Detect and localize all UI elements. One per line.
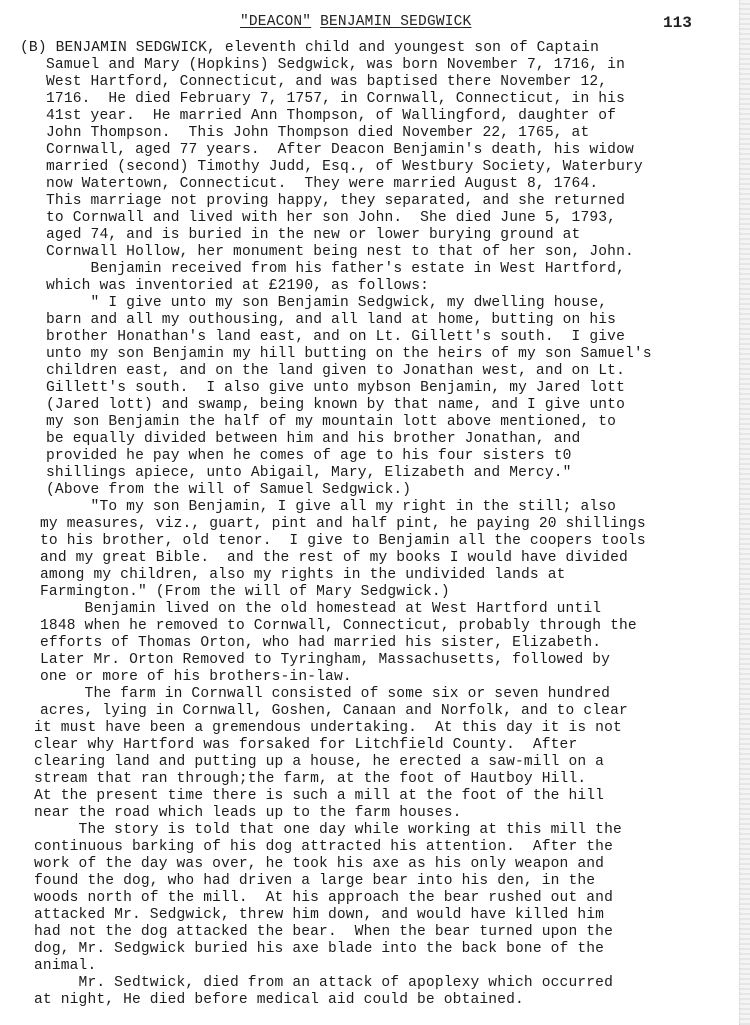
text-line: Mr. Sedtwick, died from an attack of apo… <box>34 975 613 992</box>
text-line: attacked Mr. Sedgwick, threw him down, a… <box>34 907 604 924</box>
text-line: brother Honathan's land east, and on Lt.… <box>46 329 625 346</box>
text-line: (Above from the will of Samuel Sedgwick.… <box>46 482 411 499</box>
text-line: among my children, also my rights in the… <box>40 567 566 584</box>
text-line: it must have been a gremendous undertaki… <box>34 720 622 737</box>
text-line: Farmington." (From the will of Mary Sedg… <box>40 584 450 601</box>
text-line: woods north of the mill. At his approach… <box>34 890 613 907</box>
running-title: "DEACON" BENJAMIN SEDGWICK <box>240 14 471 30</box>
text-line: (Jared lott) and swamp, being known by t… <box>46 397 625 414</box>
text-line: West Hartford, Connecticut, and was bapt… <box>46 74 607 91</box>
text-line: Cornwall, aged 77 years. After Deacon Be… <box>46 142 634 159</box>
text-line: This marriage not proving happy, they se… <box>46 193 625 210</box>
text-line: At the present time there is such a mill… <box>34 788 604 805</box>
text-line: animal. <box>34 958 96 975</box>
text-line: 41st year. He married Ann Thompson, of W… <box>46 108 616 125</box>
text-line: near the road which leads up to the farm… <box>34 805 462 822</box>
text-line: Gillett's south. I also give unto mybson… <box>46 380 625 397</box>
text-line: "To my son Benjamin, I give all my right… <box>46 499 616 516</box>
text-line: acres, lying in Cornwall, Goshen, Canaan… <box>40 703 628 720</box>
text-line: one or more of his brothers-in-law. <box>40 669 352 686</box>
text-line: efforts of Thomas Orton, who had married… <box>40 635 601 652</box>
text-line: found the dog, who had driven a large be… <box>34 873 595 890</box>
page-number: 113 <box>663 14 692 32</box>
text-line: my son Benjamin the half of my mountain … <box>46 414 616 431</box>
text-line: to his brother, old tenor. I give to Ben… <box>40 533 646 550</box>
text-line: Benjamin received from his father's esta… <box>46 261 625 278</box>
text-line: shillings apiece, unto Abigail, Mary, El… <box>46 465 572 482</box>
text-line: John Thompson. This John Thompson died N… <box>46 125 589 142</box>
text-line: clear why Hartford was forsaked for Litc… <box>34 737 577 754</box>
text-line: The farm in Cornwall consisted of some s… <box>40 686 610 703</box>
text-line: which was inventoried at £2190, as follo… <box>46 278 429 295</box>
text-line: 1716. He died February 7, 1757, in Cornw… <box>46 91 625 108</box>
text-line: clearing land and putting up a house, he… <box>34 754 604 771</box>
text-line: work of the day was over, he took his ax… <box>34 856 604 873</box>
text-line: to Cornwall and lived with her son John.… <box>46 210 616 227</box>
text-line: unto my son Benjamin my hill butting on … <box>46 346 652 363</box>
text-line: children east, and on the land given to … <box>46 363 625 380</box>
text-line: aged 74, and is buried in the new or low… <box>46 227 580 244</box>
text-line: be equally divided between him and his b… <box>46 431 580 448</box>
entry-heading-line: (B) BENJAMIN SEDGWICK, eleventh child an… <box>20 40 599 57</box>
running-title-name: BENJAMIN SEDGWICK <box>320 14 471 30</box>
text-line: Benjamin lived on the old homestead at W… <box>40 601 601 618</box>
text-line: provided he pay when he comes of age to … <box>46 448 572 465</box>
text-line: Cornwall Hollow, her monument being nest… <box>46 244 634 261</box>
text-line: married (second) Timothy Judd, Esq., of … <box>46 159 643 176</box>
text-line: " I give unto my son Benjamin Sedgwick, … <box>46 295 607 312</box>
text-line: barn and all my outhousing, and all land… <box>46 312 616 329</box>
text-line: The story is told that one day while wor… <box>34 822 622 839</box>
text-line: stream that ran through;the farm, at the… <box>34 771 586 788</box>
text-line: Later Mr. Orton Removed to Tyringham, Ma… <box>40 652 610 669</box>
document-page: "DEACON" BENJAMIN SEDGWICK 113 (B) BENJA… <box>0 0 740 1025</box>
text-line: continuous barking of his dog attracted … <box>34 839 613 856</box>
text-line: Samuel and Mary (Hopkins) Sedgwick, was … <box>46 57 625 74</box>
text-line: at night, He died before medical aid cou… <box>34 992 524 1009</box>
text-line: dog, Mr. Sedgwick buried his axe blade i… <box>34 941 604 958</box>
scanned-page-edge <box>739 0 750 1025</box>
text-line: and my great Bible. and the rest of my b… <box>40 550 628 567</box>
running-title-deacon: "DEACON" <box>240 14 311 30</box>
text-line: 1848 when he removed to Cornwall, Connec… <box>40 618 637 635</box>
text-line: now Watertown, Connecticut. They were ma… <box>46 176 598 193</box>
text-line: had not the dog attacked the bear. When … <box>34 924 613 941</box>
text-line: my measures, viz., guart, pint and half … <box>40 516 646 533</box>
page-header: "DEACON" BENJAMIN SEDGWICK 113 <box>0 14 740 36</box>
